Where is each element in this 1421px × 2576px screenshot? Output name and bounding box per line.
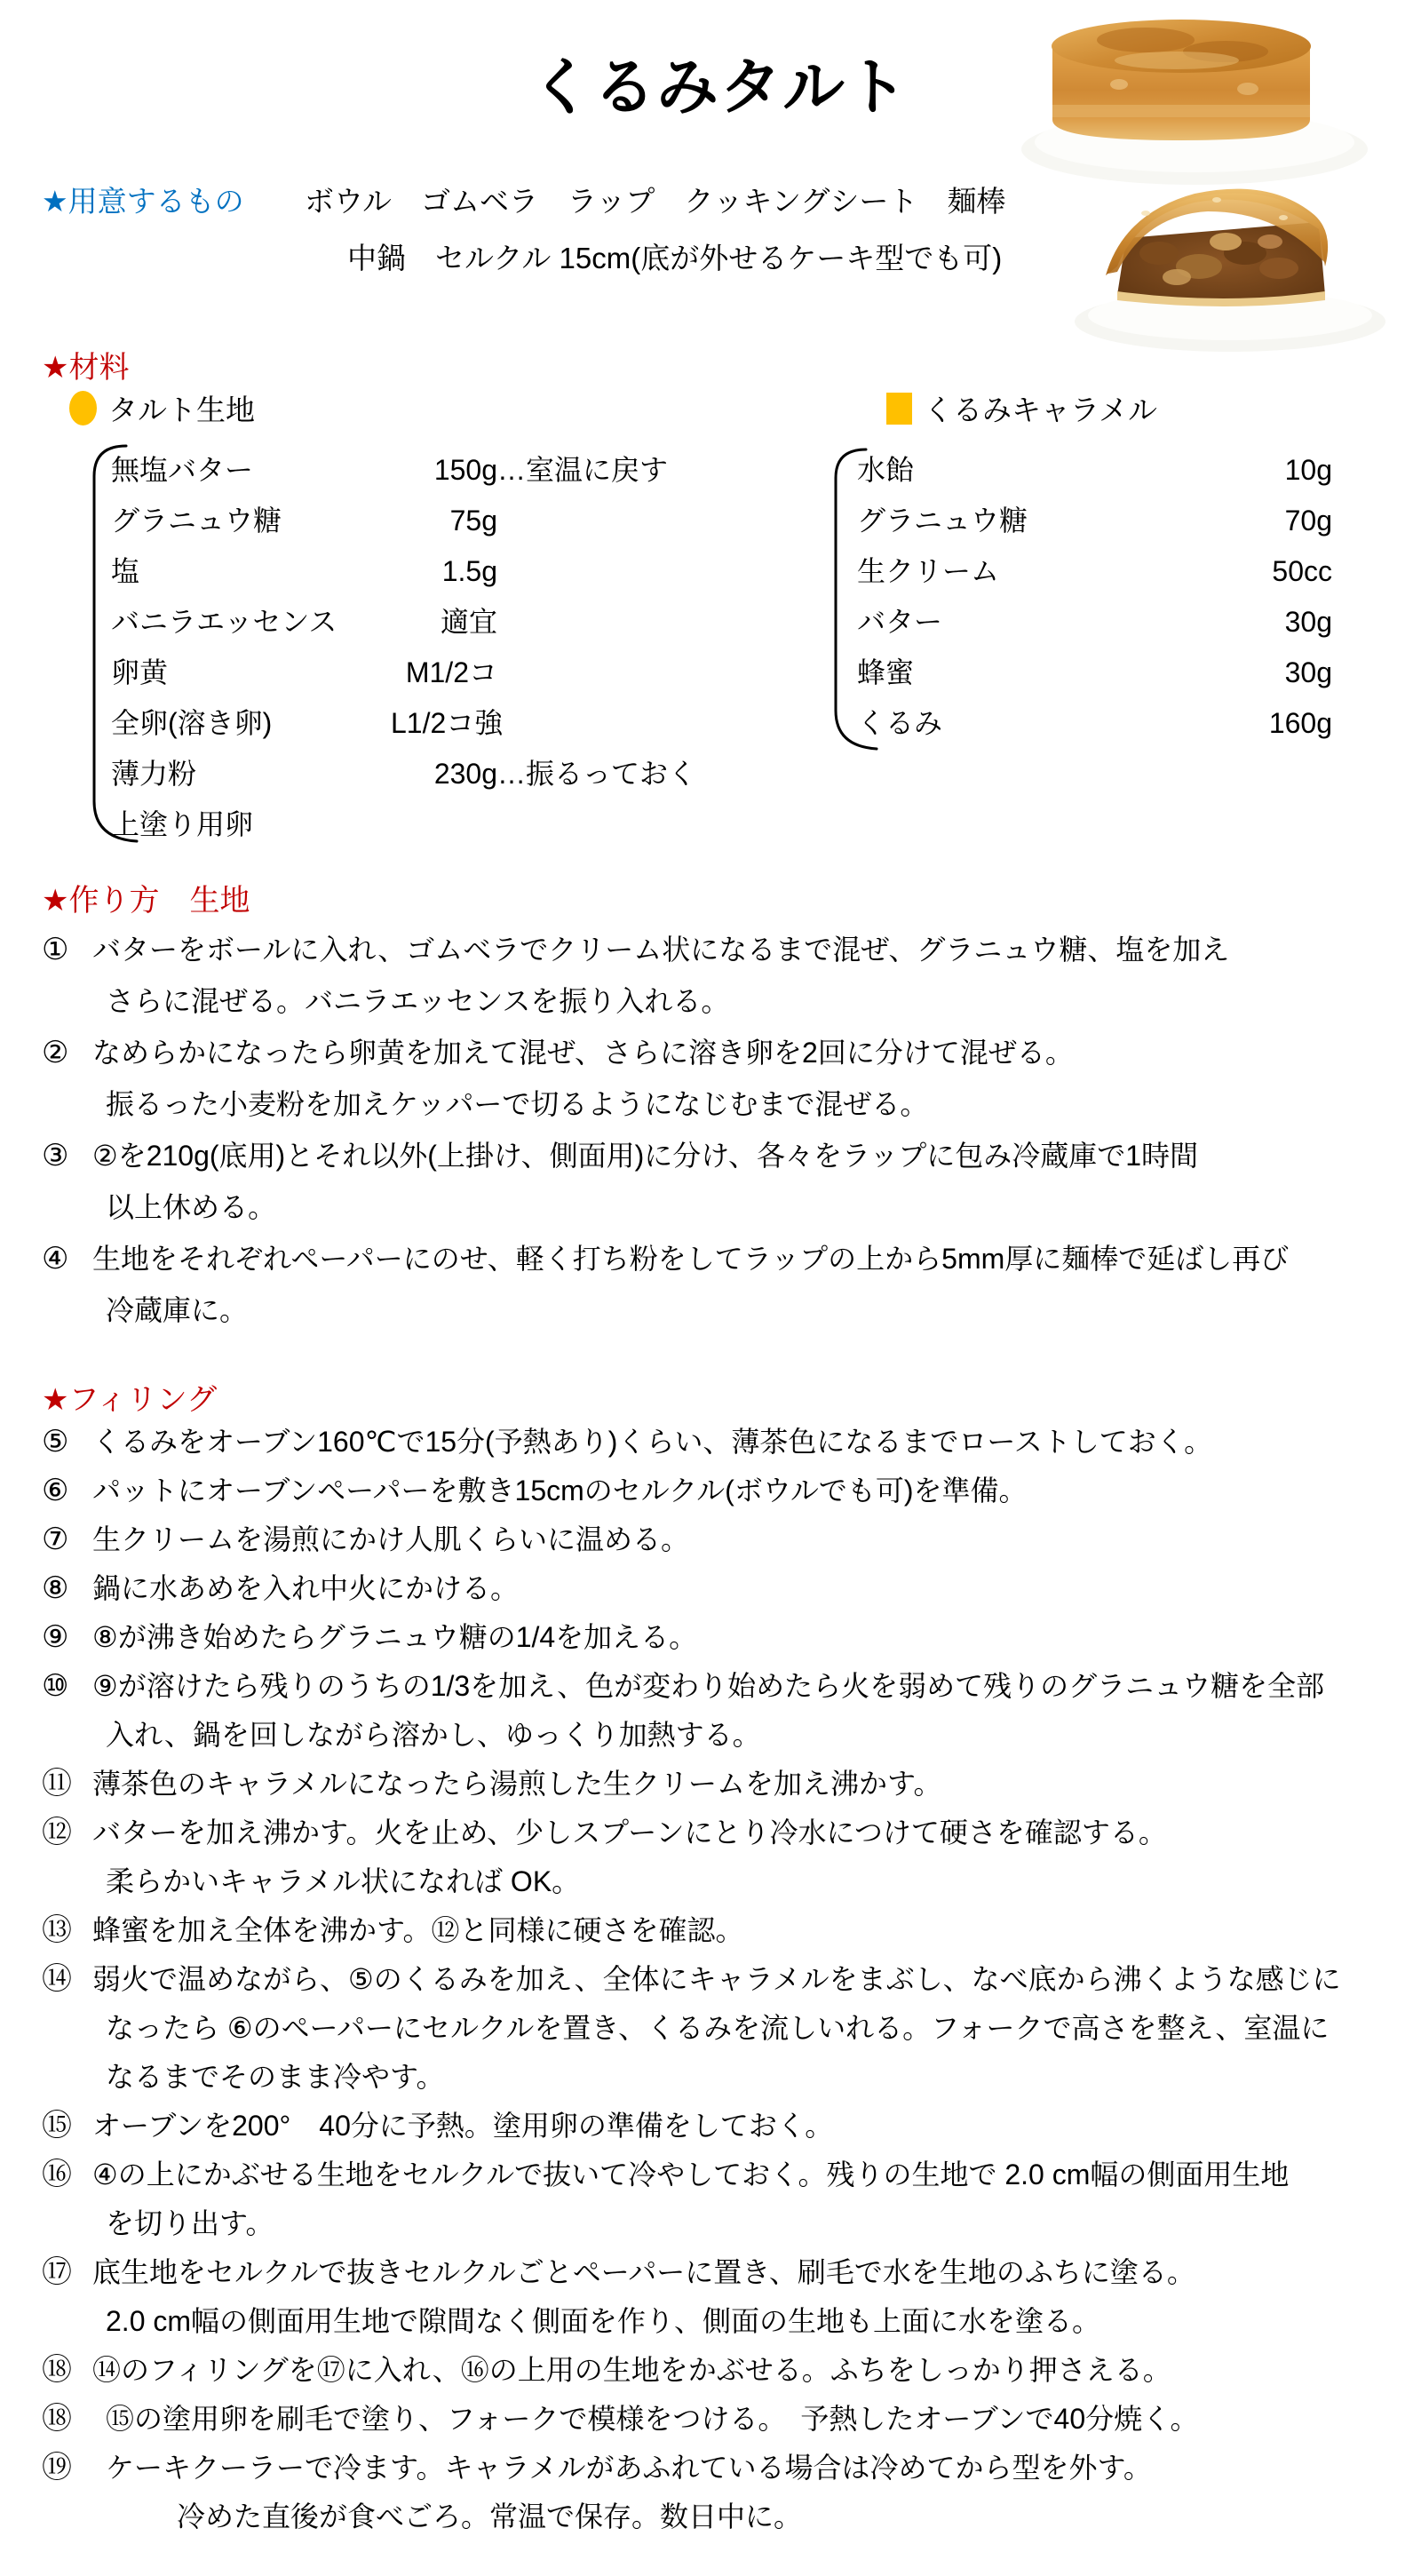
prepare-section: ★用意するもの ボウル ゴムベラ ラップ クッキングシート 麺棒 中鍋 セルクル…: [42, 183, 1005, 277]
ingredient-quantity: 150g: [391, 445, 497, 496]
ingredient-quantity: 30g: [1123, 648, 1332, 698]
step-text: 冷蔵庫に。: [92, 1284, 248, 1336]
step-line: ⑦ 生クリームを湯煎にかけ人肌くらいに温める。: [42, 1515, 1409, 1564]
step-number: ⑨: [42, 1613, 92, 1662]
step-text: 以上休める。: [92, 1181, 276, 1233]
ingredient-name: グラニュウ糖: [111, 496, 391, 546]
ingredient-quantity: 適宜: [391, 597, 497, 648]
step-text: ⑨が溶けたら残りのうちの1/3を加え、色が変わり始めたら火を弱めて残りのグラニュ…: [92, 1662, 1324, 1711]
step-line: ⑫ バターを加え沸かす。火を止め、少しスプーンにとり冷水につけて硬さを確認する。: [42, 1809, 1409, 1857]
step-line: ① バターをボールに入れ、ゴムベラでクリーム状になるまで混ぜ、グラニュウ糖、塩を…: [42, 924, 1409, 975]
step-text: 生クリームを湯煎にかけ人肌くらいに温める。: [92, 1515, 689, 1564]
step-text: くるみをオーブン160℃で15分(予熱あり)くらい、薄茶色になるまでローストして…: [92, 1418, 1212, 1467]
walnut-caramel-group-header: くるみキャラメル: [886, 387, 1157, 429]
step-number: ⑬: [42, 1906, 92, 1955]
prepare-label: ★用意するもの: [42, 183, 305, 220]
step-number: ⑲: [42, 2444, 92, 2493]
step-line: ⑥ パットにオーブンペーパーを敷き15cmのセルクル(ボウルでも可)を準備。: [42, 1467, 1409, 1515]
step-line: ③ ②を210g(底用)とそれ以外(上掛け、側面用)に分け、各々をラップに包み冷…: [42, 1130, 1409, 1181]
ingredient-row: 塩 1.5g: [111, 546, 786, 597]
ingredient-row: バニラエッセンス 適宜: [111, 597, 786, 648]
ingredient-quantity: 10g: [1123, 445, 1332, 496]
step-line: ⑰ 底生地をセルクルで抜きセルクルごとペーパーに置き、刷毛で水を生地のふちに塗る…: [42, 2248, 1409, 2297]
ingredient-quantity: 75g: [391, 496, 497, 546]
ingredient-quantity: 50cc: [1123, 546, 1332, 597]
ingredient-name: 全卵(溶き卵): [111, 698, 391, 749]
step-text: なったら ⑥のペーパーにセルクルを置き、くるみを流しいれる。フォークで高さを整え…: [92, 2004, 1329, 2053]
walnut-caramel-ingredients: 水飴 10g グラニュウ糖 70g 生クリーム 50cc バター 30g 蜂蜜 …: [857, 445, 1354, 749]
ingredient-name: グラニュウ糖: [857, 496, 1123, 546]
step-number: ⑮: [42, 2102, 92, 2151]
step-number: ②: [42, 1027, 92, 1078]
step-line: 以上休める。: [42, 1181, 1409, 1233]
ingredient-row: 薄力粉 230g …振るっておく: [111, 749, 786, 799]
step-line: なったら ⑥のペーパーにセルクルを置き、くるみを流しいれる。フォークで高さを整え…: [42, 2004, 1409, 2053]
step-line: ⑭ 弱火で温めながら、⑤のくるみを加え、全体にキャラメルをまぶし、なべ底から沸く…: [42, 1955, 1409, 2004]
step-number: [42, 2199, 92, 2248]
ingredient-quantity: 30g: [1123, 597, 1332, 648]
step-line: ⑪ 薄茶色のキャラメルになったら湯煎した生クリームを加え沸かす。: [42, 1760, 1409, 1809]
step-number: [42, 1857, 92, 1906]
step-text: 弱火で温めながら、⑤のくるみを加え、全体にキャラメルをまぶし、なべ底から沸くよう…: [92, 1955, 1341, 2004]
ingredient-quantity: [391, 799, 497, 850]
step-text: ②を210g(底用)とそれ以外(上掛け、側面用)に分け、各々をラップに包み冷蔵庫…: [92, 1130, 1198, 1181]
recipe-page: { "page": { "title": "くるみタルト", "colors":…: [0, 0, 1421, 2576]
step-number: ⑯: [42, 2151, 92, 2199]
step-line: ⑲ ケーキクーラーで冷ます。キャラメルがあふれている場合は冷めてから型を外す。: [42, 2444, 1409, 2493]
step-text: バターを加え沸かす。火を止め、少しスプーンにとり冷水につけて硬さを確認する。: [92, 1809, 1167, 1857]
step-number: ⑰: [42, 2248, 92, 2297]
step-line: ⑨ ⑧が沸き始めたらグラニュウ糖の1/4を加える。: [42, 1613, 1409, 1662]
tart-dough-ingredients: 無塩バター 150g …室温に戻す グラニュウ糖 75g 塩 1.5g バニラエ…: [111, 445, 786, 850]
step-line: 冷めた直後が食べごろ。常温で保存。数日中に。: [42, 2493, 1409, 2541]
step-text: 入れ、鍋を回しながら溶かし、ゆっくり加熱する。: [92, 1711, 761, 1760]
ingredient-name: 水飴: [857, 445, 1123, 496]
step-number: [42, 975, 92, 1027]
step-number: [42, 2004, 92, 2053]
step-text: ⑮の塗用卵を刷毛で塗り、フォークで模様をつける。 予熱したオーブンで40分焼く。: [92, 2395, 1198, 2444]
ingredient-name: 塩: [111, 546, 391, 597]
step-text: なめらかになったら卵黄を加えて混ぜ、さらに溶き卵を2回に分けて混ぜる。: [92, 1027, 1074, 1078]
walnut-caramel-group-label: くるみキャラメル: [924, 387, 1157, 429]
step-line: ⑤ くるみをオーブン160℃で15分(予熱あり)くらい、薄茶色になるまでロースト…: [42, 1418, 1409, 1467]
step-number: ③: [42, 1130, 92, 1181]
ingredient-row: くるみ 160g: [857, 698, 1354, 749]
ingredient-row: バター 30g: [857, 597, 1354, 648]
step-number: ⑧: [42, 1564, 92, 1613]
ingredient-name: くるみ: [857, 698, 1123, 749]
step-text: パットにオーブンペーパーを敷き15cmのセルクル(ボウルでも可)を準備。: [92, 1467, 1028, 1515]
ingredient-row: 全卵(溶き卵) L1/2コ強: [111, 698, 786, 749]
ingredient-note: …振るっておく: [497, 749, 696, 799]
step-line: 2.0 cm幅の側面用生地で隙間なく側面を作り、側面の生地も上面に水を塗る。: [42, 2297, 1409, 2346]
step-line: ⑧ 鍋に水あめを入れ中火にかける。: [42, 1564, 1409, 1613]
ingredient-quantity: L1/2コ強: [391, 698, 503, 749]
tart-dough-group-label: タルト生地: [108, 387, 255, 429]
page-title: くるみタルト: [497, 37, 941, 127]
step-number: [42, 1181, 92, 1233]
dough-method-heading: ★作り方 生地: [42, 876, 250, 919]
prepare-tools-line2: 中鍋 セルクル 15cm(底が外せるケーキ型でも可): [347, 240, 1005, 277]
step-number: ⑪: [42, 1760, 92, 1809]
ingredient-row: グラニュウ糖 75g: [111, 496, 786, 546]
ingredient-name: バニラエッセンス: [111, 597, 391, 648]
step-text: オーブンを200° 40分に予熱。塗用卵の準備をしておく。: [92, 2102, 833, 2151]
whole-tart: [1021, 20, 1368, 185]
step-number: ⑫: [42, 1809, 92, 1857]
step-text: さらに混ぜる。バニラエッセンスを振り入れる。: [92, 975, 729, 1027]
step-line: ④ 生地をそれぞれペーパーにのせ、軽く打ち粉をしてラップの上から5mm厚に麺棒で…: [42, 1233, 1409, 1284]
step-line: なるまでそのまま冷やす。: [42, 2053, 1409, 2102]
ingredient-quantity: 160g: [1123, 698, 1332, 749]
ingredient-row: 卵黄 M1/2コ: [111, 648, 786, 698]
step-line: ⑱ ⑮の塗用卵を刷毛で塗り、フォークで模様をつける。 予熱したオーブンで40分焼…: [42, 2395, 1409, 2444]
materials-heading: ★材料: [42, 343, 129, 386]
step-text: を切り出す。: [92, 2199, 274, 2248]
ingredient-quantity: M1/2コ: [391, 648, 497, 698]
step-text: 振るった小麦粉を加えケッパーで切るようになじむまで混ぜる。: [92, 1078, 928, 1130]
step-text: 冷めた直後が食べごろ。常温で保存。数日中に。: [92, 2493, 802, 2541]
step-number: ⑥: [42, 1467, 92, 1515]
ingredient-name: バター: [857, 597, 1123, 648]
step-text: 薄茶色のキャラメルになったら湯煎した生クリームを加え沸かす。: [92, 1760, 941, 1809]
tart-photo: [1012, 0, 1421, 364]
step-line: 冷蔵庫に。: [42, 1284, 1409, 1336]
ingredient-name: 卵黄: [111, 648, 391, 698]
filling-heading: ★フィリング: [42, 1375, 217, 1419]
step-number: ⑤: [42, 1418, 92, 1467]
ingredient-name: 無塩バター: [111, 445, 391, 496]
step-line: 振るった小麦粉を加えケッパーで切るようになじむまで混ぜる。: [42, 1078, 1409, 1130]
step-number: ⑦: [42, 1515, 92, 1564]
ingredient-note: …室温に戻す: [497, 445, 668, 496]
step-text: 生地をそれぞれペーパーにのせ、軽く打ち粉をしてラップの上から5mm厚に麺棒で延ば…: [92, 1233, 1289, 1284]
step-line: ⑬ 蜂蜜を加え全体を沸かす。⑫と同様に硬さを確認。: [42, 1906, 1409, 1955]
step-line: ⑮ オーブンを200° 40分に予熱。塗用卵の準備をしておく。: [42, 2102, 1409, 2151]
ingredient-quantity: 1.5g: [391, 546, 497, 597]
step-text: ケーキクーラーで冷ます。キャラメルがあふれている場合は冷めてから型を外す。: [92, 2444, 1152, 2493]
step-text: ④の上にかぶせる生地をセルクルで抜いて冷やしておく。残りの生地で 2.0 cm幅…: [92, 2151, 1289, 2199]
step-line: ② なめらかになったら卵黄を加えて混ぜ、さらに溶き卵を2回に分けて混ぜる。: [42, 1027, 1409, 1078]
step-line: 柔らかいキャラメル状になれば OK。: [42, 1857, 1409, 1906]
ingredient-name: 蜂蜜: [857, 648, 1123, 698]
ingredient-name: 薄力粉: [111, 749, 391, 799]
step-text: 底生地をセルクルで抜きセルクルごとペーパーに置き、刷毛で水を生地のふちに塗る。: [92, 2248, 1195, 2297]
prepare-tools-line1: ボウル ゴムベラ ラップ クッキングシート 麺棒: [305, 183, 1005, 220]
step-number: [42, 2493, 92, 2541]
step-text: 鍋に水あめを入れ中火にかける。: [92, 1564, 519, 1613]
ingredient-name: 上塗り用卵: [111, 799, 391, 850]
step-text: 蜂蜜を加え全体を沸かす。⑫と同様に硬さを確認。: [92, 1906, 743, 1955]
step-number: ⑭: [42, 1955, 92, 2004]
step-number: ④: [42, 1233, 92, 1284]
tart-dough-group-header: タルト生地: [69, 387, 255, 429]
step-line: を切り出す。: [42, 2199, 1409, 2248]
step-text: バターをボールに入れ、ゴムベラでクリーム状になるまで混ぜ、グラニュウ糖、塩を加え: [92, 924, 1229, 975]
step-number: ⑱: [42, 2346, 92, 2395]
ingredient-row: 無塩バター 150g …室温に戻す: [111, 445, 786, 496]
ingredient-name: 生クリーム: [857, 546, 1123, 597]
step-line: ⑱ ⑭のフィリングを⑰に入れ、⑯の上用の生地をかぶせる。ふちをしっかり押さえる。: [42, 2346, 1409, 2395]
filling-steps: ⑤ くるみをオーブン160℃で15分(予熱あり)くらい、薄茶色になるまでロースト…: [42, 1418, 1409, 2541]
step-text: ⑭のフィリングを⑰に入れ、⑯の上用の生地をかぶせる。ふちをしっかり押さえる。: [92, 2346, 1171, 2395]
ingredient-row: 蜂蜜 30g: [857, 648, 1354, 698]
step-number: [42, 2297, 92, 2346]
step-number: [42, 1284, 92, 1336]
ingredient-row: 上塗り用卵: [111, 799, 786, 850]
step-number: [42, 1711, 92, 1760]
step-text: 柔らかいキャラメル状になれば OK。: [92, 1857, 580, 1906]
step-number: ⑱: [42, 2395, 92, 2444]
ingredient-quantity: 70g: [1123, 496, 1332, 546]
dough-method-steps: ① バターをボールに入れ、ゴムベラでクリーム状になるまで混ぜ、グラニュウ糖、塩を…: [42, 924, 1409, 1336]
step-text: 2.0 cm幅の側面用生地で隙間なく側面を作り、側面の生地も上面に水を塗る。: [92, 2297, 1100, 2346]
ingredient-row: 生クリーム 50cc: [857, 546, 1354, 597]
step-text: ⑧が沸き始めたらグラニュウ糖の1/4を加える。: [92, 1613, 697, 1662]
step-line: 入れ、鍋を回しながら溶かし、ゆっくり加熱する。: [42, 1711, 1409, 1760]
step-number: ⑩: [42, 1662, 92, 1711]
step-line: ⑯ ④の上にかぶせる生地をセルクルで抜いて冷やしておく。残りの生地で 2.0 c…: [42, 2151, 1409, 2199]
ingredient-row: グラニュウ糖 70g: [857, 496, 1354, 546]
ingredient-row: 水飴 10g: [857, 445, 1354, 496]
step-line: ⑩ ⑨が溶けたら残りのうちの1/3を加え、色が変わり始めたら火を弱めて残りのグラ…: [42, 1662, 1409, 1711]
step-number: ①: [42, 924, 92, 975]
square-bullet-icon: [886, 393, 912, 425]
step-text: なるまでそのまま冷やす。: [92, 2053, 444, 2102]
step-number: [42, 2053, 92, 2102]
step-line: さらに混ぜる。バニラエッセンスを振り入れる。: [42, 975, 1409, 1027]
circle-bullet-icon: [69, 391, 97, 425]
tart-photo-illustration: [1012, 0, 1421, 364]
ingredient-quantity: 230g: [391, 749, 497, 799]
step-number: [42, 1078, 92, 1130]
tart-slice: [1075, 189, 1385, 352]
